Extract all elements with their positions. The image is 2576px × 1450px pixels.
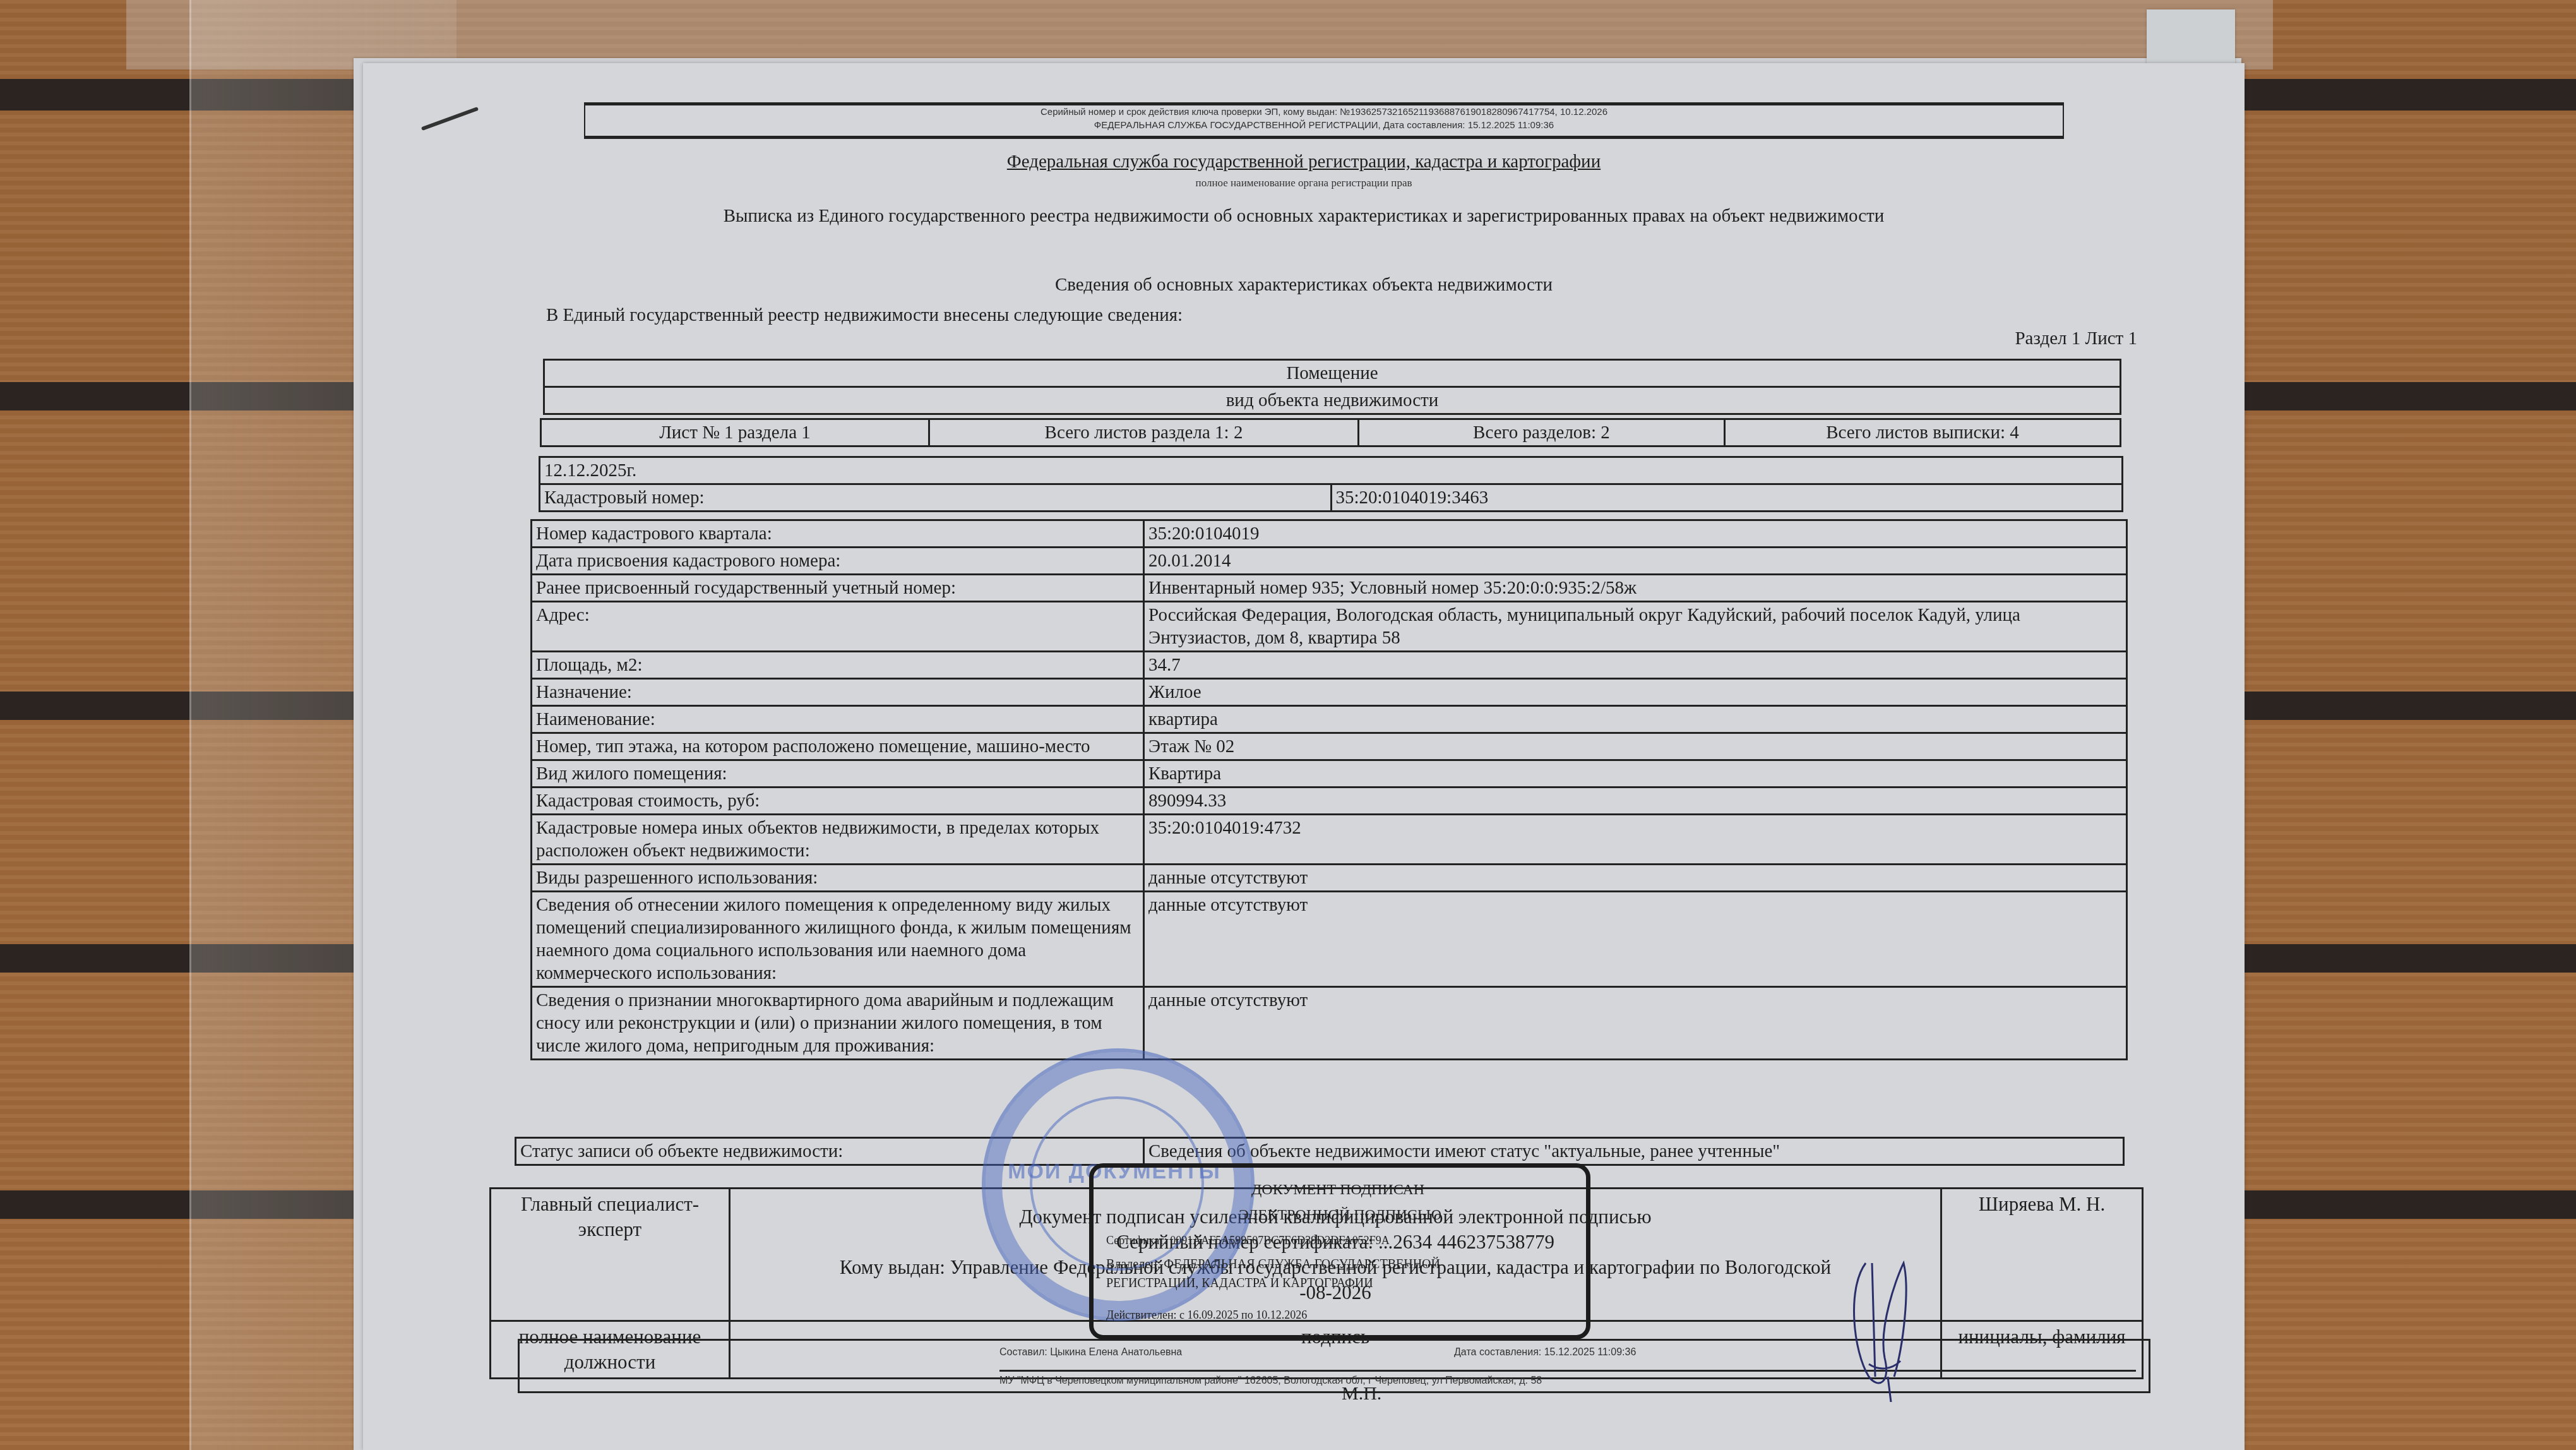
pen-mark — [421, 107, 479, 131]
record-status-table: Статус записи об объекте недвижимости: С… — [515, 1137, 2125, 1166]
table-row: Номер, тип этажа, на котором расположено… — [532, 733, 2127, 760]
table-row: Кадастровые номера иных объектов недвижи… — [532, 815, 2127, 865]
cadastral-number-label: Кадастровый номер: — [540, 484, 1332, 512]
property-label: Кадастровая стоимость, руб: — [532, 788, 1144, 815]
seal-mark: М.П. — [1342, 1383, 1381, 1405]
table-row: Кадастровая стоимость, руб:890994.33 — [532, 788, 2127, 815]
property-value: Квартира — [1144, 760, 2127, 788]
property-label: Адрес: — [532, 602, 1144, 652]
property-label: Сведения об отнесении жилого помещения к… — [532, 892, 1144, 987]
property-value: Этаж № 02 — [1144, 733, 2127, 760]
property-label: Дата присвоения кадастрового номера: — [532, 548, 1144, 575]
object-kind-table: Помещение вид объекта недвижимости — [543, 359, 2121, 415]
table-row: Наименование:квартира — [532, 706, 2127, 733]
document-title: Выписка из Единого государственного реес… — [363, 206, 2245, 227]
sheets-info-table: Лист № 1 раздела 1 Всего листов раздела … — [540, 418, 2121, 447]
section-sheets-total: Всего листов раздела 1: 2 — [929, 419, 1359, 446]
property-value: 34.7 — [1144, 652, 2127, 679]
handwritten-signature — [1840, 1250, 1916, 1402]
esign-agency-line: ФЕДЕРАЛЬНАЯ СЛУЖБА ГОСУДАРСТВЕННОЙ РЕГИС… — [585, 119, 2063, 132]
compiled-by: Составил: Цыкина Елена Анатольевна — [999, 1347, 1182, 1358]
characteristics-table: Номер кадастрового квартала:35:20:010401… — [530, 519, 2128, 1060]
property-value: 20.01.2014 — [1144, 548, 2127, 575]
extract-sheets-total: Всего листов выписки: 4 — [1725, 419, 2121, 446]
property-value: квартира — [1144, 706, 2127, 733]
agency-caption: полное наименование органа регистрации п… — [363, 177, 2245, 189]
ep-stamp-validity: Действителен: с 16.09.2025 по 10.12.2026 — [1106, 1305, 1307, 1324]
property-value: 35:20:0104019:4732 — [1144, 815, 2127, 865]
property-label: Площадь, м2: — [532, 652, 1144, 679]
sheet-number: Лист № 1 раздела 1 — [541, 419, 929, 446]
property-label: Ранее присвоенный государственный учетны… — [532, 575, 1144, 602]
property-label: Номер, тип этажа, на котором расположено… — [532, 733, 1144, 760]
property-value: данные отсутствуют — [1144, 892, 2127, 987]
property-value: данные отсутствуют — [1144, 987, 2127, 1060]
ep-stamp-certificate: Сертификат: 0091AAF5A599507BC7E6D39D2DFA… — [1106, 1231, 1390, 1250]
property-label: Наименование: — [532, 706, 1144, 733]
intro-text: В Единый государственный реестр недвижим… — [546, 305, 1183, 326]
agency-name: Федеральная служба государственной регис… — [363, 152, 2245, 172]
ep-stamp-line2: ЭЛЕКТРОННОЙ ПОДПИСЬЮ — [1239, 1206, 1441, 1225]
electronic-signature-header: Серийный номер и срок действия ключа про… — [584, 102, 2064, 139]
property-label: Виды разрешенного использования: — [532, 865, 1144, 892]
signer-name: Ширяева М. Н. — [1941, 1189, 2143, 1321]
cadastral-number-value: 35:20:0104019:3463 — [1331, 484, 2123, 512]
table-row: Виды разрешенного использования:данные о… — [532, 865, 2127, 892]
section-title: Сведения об основных характеристиках объ… — [363, 275, 2245, 296]
table-row: Назначение:Жилое — [532, 679, 2127, 706]
table-row: Вид жилого помещения:Квартира — [532, 760, 2127, 788]
table-row: Номер кадастрового квартала:35:20:010401… — [532, 520, 2127, 548]
property-label: Сведения о признании многоквартирного до… — [532, 987, 1144, 1060]
table-row: Сведения об отнесении жилого помещения к… — [532, 892, 2127, 987]
property-value: 890994.33 — [1144, 788, 2127, 815]
table-row: Сведения о признании многоквартирного до… — [532, 987, 2127, 1060]
record-status-value: Сведения об объекте недвижимости имеют с… — [1144, 1138, 2124, 1165]
compiled-date: Дата составления: 15.12.2025 11:09:36 — [1454, 1347, 1636, 1358]
mfc-office: МУ "МФЦ в Череповецком муниципальном рай… — [999, 1370, 2136, 1387]
sheet-reference: Раздел 1 Лист 1 — [2015, 328, 2137, 349]
property-label: Вид жилого помещения: — [532, 760, 1144, 788]
electronic-signature-stamp: ДОКУМЕНТ ПОДПИСАН ЭЛЕКТРОННОЙ ПОДПИСЬЮ С… — [1089, 1163, 1590, 1339]
property-label: Кадастровые номера иных объектов недвижи… — [532, 815, 1144, 865]
esign-key-line: Серийный номер и срок действия ключа про… — [585, 105, 2063, 119]
table-row: Адрес:Российская Федерация, Вологодская … — [532, 602, 2127, 652]
extract-date: 12.12.2025г. — [540, 457, 2123, 484]
object-kind-caption: вид объекта недвижимости — [544, 387, 2121, 414]
property-value: 35:20:0104019 — [1144, 520, 2127, 548]
extract-document-page: Серийный номер и срок действия ключа про… — [363, 63, 2245, 1450]
object-kind-value: Помещение — [544, 360, 2121, 387]
property-value: Инвентарный номер 935; Условный номер 35… — [1144, 575, 2127, 602]
property-value: данные отсутствуют — [1144, 865, 2127, 892]
sections-total: Всего разделов: 2 — [1359, 419, 1725, 446]
table-row: Площадь, м2:34.7 — [532, 652, 2127, 679]
ep-stamp-line1: ДОКУМЕНТ ПОДПИСАН — [1251, 1180, 1424, 1199]
property-value: Жилое — [1144, 679, 2127, 706]
ep-stamp-owner: Владелец: ФЕДЕРАЛЬНАЯ СЛУЖБА ГОСУДАРСТВЕ… — [1106, 1255, 1485, 1293]
table-row: Дата присвоения кадастрового номера:20.0… — [532, 548, 2127, 575]
date-cadastral-table: 12.12.2025г. Кадастровый номер: 35:20:01… — [539, 456, 2123, 512]
property-value: Российская Федерация, Вологодская област… — [1144, 602, 2127, 652]
property-label: Номер кадастрового квартала: — [532, 520, 1144, 548]
property-label: Назначение: — [532, 679, 1144, 706]
table-row: Ранее присвоенный государственный учетны… — [532, 575, 2127, 602]
position-title: Главный специалист-эксперт — [491, 1189, 730, 1321]
